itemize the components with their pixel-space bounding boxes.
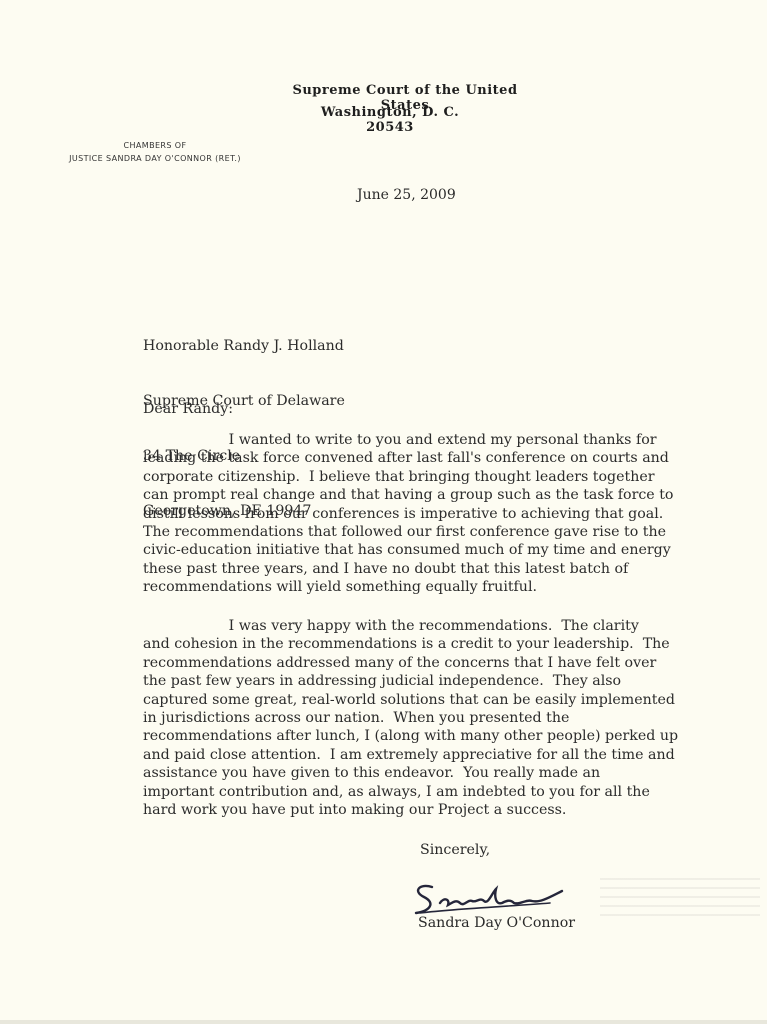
- paragraph-line: I was very happy with the recommendation…: [143, 617, 678, 635]
- chambers-justice: JUSTICE SANDRA DAY O'CONNOR (RET.): [40, 152, 270, 165]
- recipient-line: Honorable Randy J. Holland: [143, 337, 345, 355]
- paragraph-line: corporate citizenship. I believe that br…: [143, 468, 673, 486]
- letterhead-address: Washington, D. C. 20543: [300, 105, 480, 135]
- paragraph-line: leading the task force convened after la…: [143, 449, 673, 467]
- paragraph-line: can prompt real change and that having a…: [143, 486, 673, 504]
- paragraph-line: these past three years, and I have no do…: [143, 560, 673, 578]
- bleed-through-text: [600, 878, 760, 918]
- paragraph-line: recommendations after lunch, I (along wi…: [143, 727, 678, 745]
- letter-date: June 25, 2009: [357, 187, 456, 203]
- paragraph-line: distill lessons from our conferences is …: [143, 505, 673, 523]
- closing: Sincerely,: [420, 842, 490, 858]
- paragraph-line: The recommendations that followed our fi…: [143, 523, 673, 541]
- paragraph-line: captured some great, real-world solution…: [143, 691, 678, 709]
- paragraph-line: hard work you have put into making our P…: [143, 801, 678, 819]
- handwritten-signature: [410, 873, 570, 917]
- salutation: Dear Randy:: [143, 400, 233, 418]
- paragraph-line: in jurisdictions across our nation. When…: [143, 709, 678, 727]
- paragraph-line: and cohesion in the recommendations is a…: [143, 635, 678, 653]
- paragraph-line: assistance you have given to this endeav…: [143, 764, 678, 782]
- paragraph-line: important contribution and, as always, I…: [143, 783, 678, 801]
- paragraph-line: the past few years in addressing judicia…: [143, 672, 678, 690]
- paragraph-line: civic-education initiative that has cons…: [143, 541, 673, 559]
- paragraph-1: I wanted to write to you and extend my p…: [143, 431, 673, 597]
- chambers-label: CHAMBERS OF: [40, 139, 270, 152]
- chambers-block: CHAMBERS OF JUSTICE SANDRA DAY O'CONNOR …: [40, 139, 270, 165]
- paragraph-2: I was very happy with the recommendation…: [143, 617, 678, 819]
- letter-page: Supreme Court of the United States Washi…: [0, 0, 767, 1024]
- paragraph-line: I wanted to write to you and extend my p…: [143, 431, 673, 449]
- paragraph-line: and paid close attention. I am extremely…: [143, 746, 678, 764]
- paragraph-line: recommendations will yield something equ…: [143, 578, 673, 596]
- paragraph-line: recommendations addressed many of the co…: [143, 654, 678, 672]
- signatory-name: Sandra Day O'Connor: [418, 915, 575, 931]
